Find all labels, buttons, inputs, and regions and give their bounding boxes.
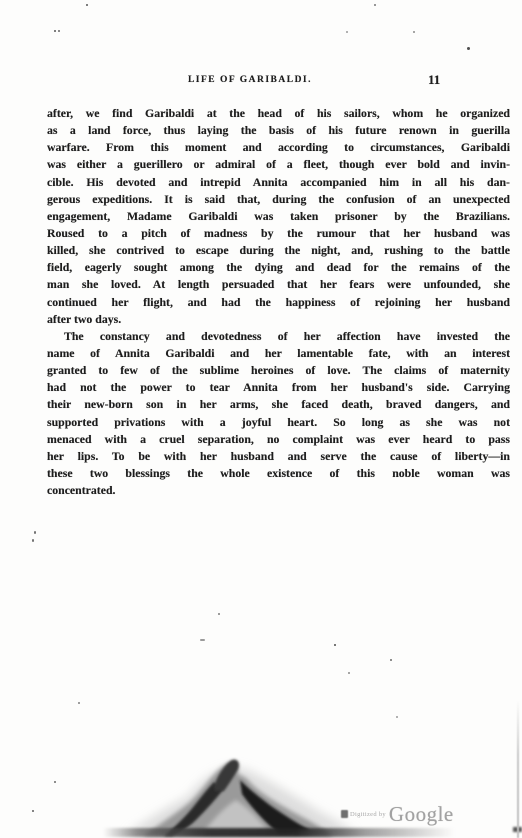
text-line-paragraph-start: The constancy and devotedness of her aff… <box>47 328 510 345</box>
google-logo: Google <box>389 803 454 825</box>
scan-speck <box>348 672 350 674</box>
text-line: granted to few of the sublime heroines o… <box>47 362 510 379</box>
digitized-by-google-watermark: Digitized by Google <box>341 799 454 825</box>
text-line: these two blessings the whole existence … <box>47 465 510 482</box>
scanned-book-page: LIFE OF GARIBALDI. 11 after, we find Gar… <box>0 0 522 838</box>
scan-speck <box>334 644 336 646</box>
scan-speck <box>34 531 36 534</box>
page-number: 11 <box>428 72 440 88</box>
page-edge-line <box>517 700 519 838</box>
scan-speck <box>58 30 60 32</box>
scan-speck <box>54 781 56 783</box>
scan-speck <box>218 613 220 615</box>
text-line: Roused to a pitch of madness by the rumo… <box>47 225 510 242</box>
text-line: warfare. From this moment and according … <box>47 139 510 156</box>
text-line: engagement, Madame Garibaldi was taken p… <box>47 208 510 225</box>
text-line: gerous expeditions. It is said that, dur… <box>47 191 510 208</box>
text-line: was either a guerillero or admiral of a … <box>47 156 510 173</box>
text-line: killed, she contrived to escape during t… <box>47 242 510 259</box>
scan-speck <box>396 716 398 718</box>
text-line: field, eagerly sought among the dying an… <box>47 259 510 276</box>
text-line: her lips. To be with her husband and ser… <box>47 448 510 465</box>
text-line: cible. His devoted and intrepid Annita a… <box>47 174 510 191</box>
text-line: supported privations with a joyful heart… <box>47 414 510 431</box>
text-line: man she loved. At length persuaded that … <box>47 276 510 293</box>
body-text-block: after, we find Garibaldi at the head of … <box>47 105 510 499</box>
text-line: name of Annita Garibaldi and her lamenta… <box>47 345 510 362</box>
scan-speck <box>200 639 205 641</box>
scan-speck <box>346 31 348 33</box>
scan-speck <box>467 47 470 50</box>
scan-speck <box>78 702 80 704</box>
scan-smudge-blob <box>118 750 362 838</box>
scan-speck <box>32 539 34 542</box>
text-line: continued her flight, and had the happin… <box>47 294 510 311</box>
watermark-prefix: Digitized by <box>350 811 386 818</box>
scan-speck <box>32 810 34 812</box>
text-line: after two days. <box>47 311 510 328</box>
text-line: menaced with a cruel separation, no comp… <box>47 431 510 448</box>
text-line: had not the power to tear Annita from he… <box>47 379 510 396</box>
scan-speck <box>374 4 376 6</box>
scan-speck <box>54 30 56 32</box>
text-line: as a land force, thus laying the basis o… <box>47 122 510 139</box>
scan-speck <box>413 31 415 33</box>
scan-speck <box>86 4 88 6</box>
text-line: concentrated. <box>47 482 510 499</box>
running-header-title: LIFE OF GARIBALDI. <box>140 75 360 85</box>
text-line: their new-born son in her arms, she face… <box>47 396 510 413</box>
scan-shadow-band <box>103 828 455 837</box>
watermark-smudge-icon <box>341 810 348 818</box>
text-line: after, we find Garibaldi at the head of … <box>47 105 510 122</box>
scan-speck <box>390 659 392 661</box>
